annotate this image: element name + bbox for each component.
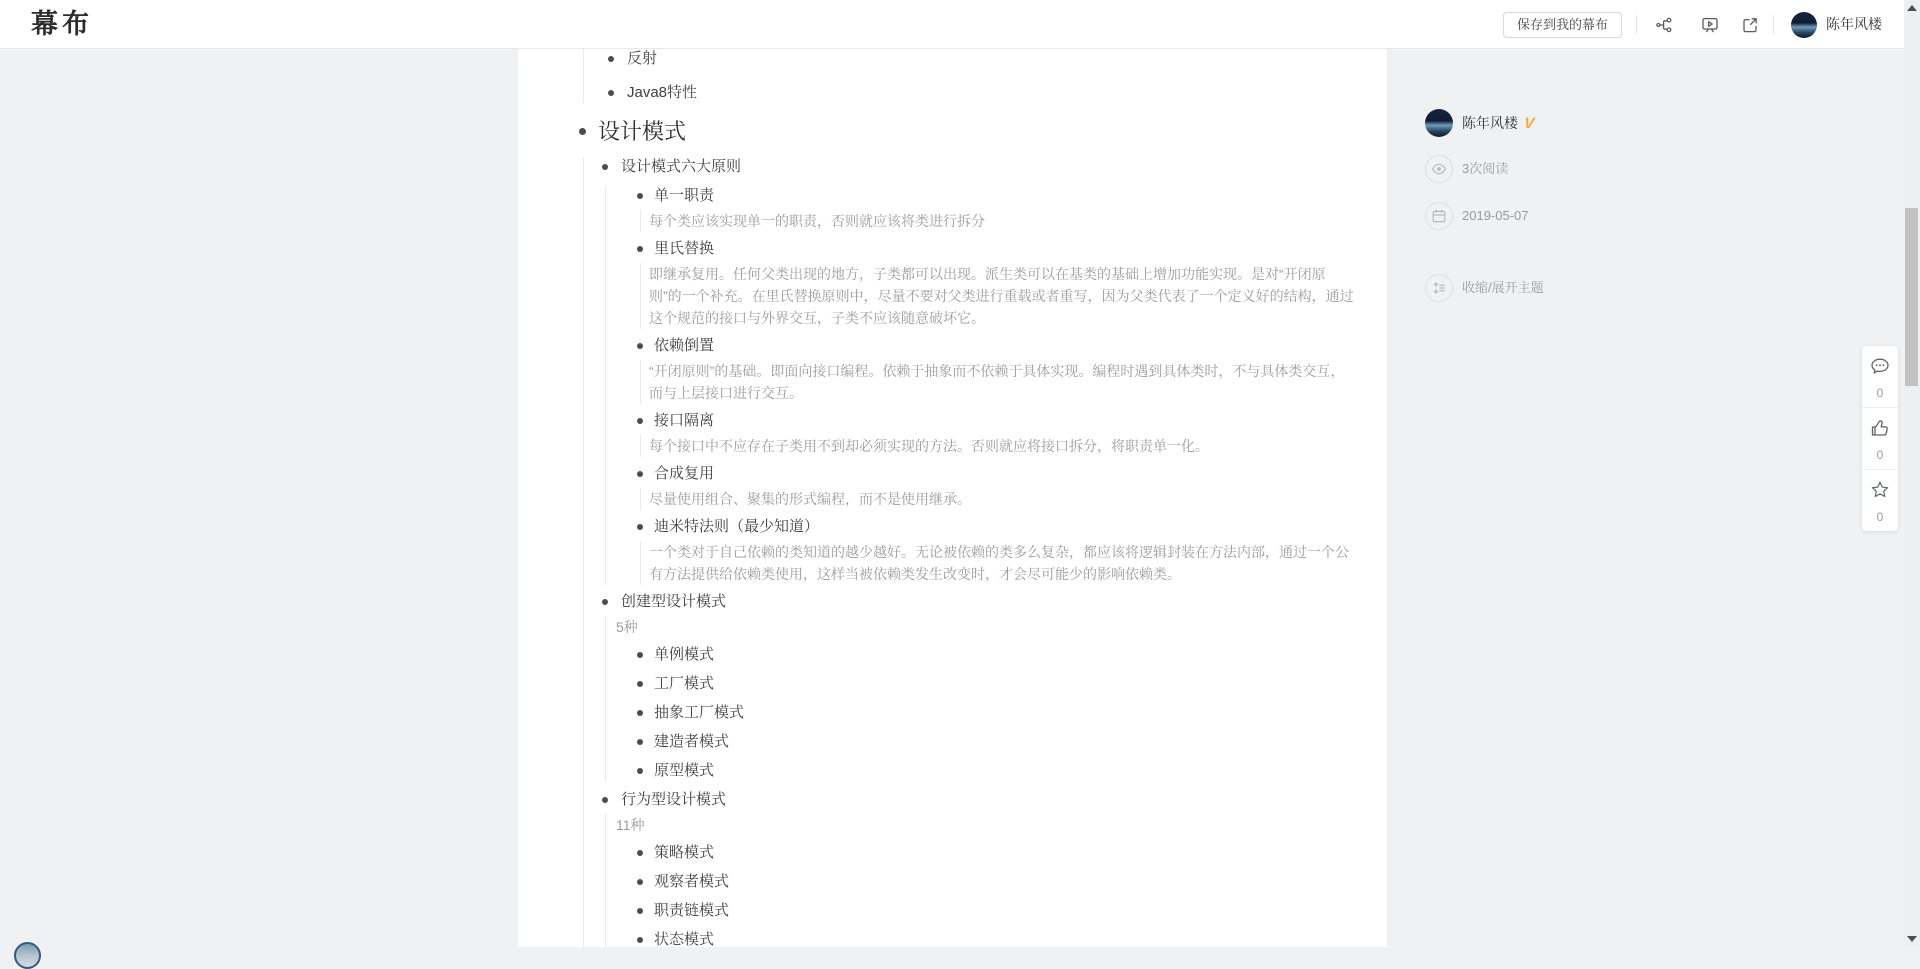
outline-subtree: 5种单例模式工厂模式抽象工厂模式建造者模式原型模式 (605, 616, 1387, 781)
outline-row: 单例模式 (606, 645, 1387, 665)
outline-item-text: 单一职责 (654, 187, 714, 204)
outline-note: 每个接口中不应存在子类用不到却必须实现的方法。否则就应将接口拆分，将职责单一化。 (641, 435, 1357, 457)
outline-bullet[interactable] (637, 739, 643, 745)
outline-item-text: 单例模式 (654, 646, 714, 663)
outline-subtree: 一个类对于自己依赖的类知道的越少越好。无论被依赖的类多么复杂，都应该将逻辑封装在… (640, 541, 1387, 585)
outline-item-text: 接口隔离 (654, 412, 714, 429)
outline: 反射Java8特性设计模式设计模式六大原则单一职责每个类应该实现单一的职责，否则… (518, 49, 1387, 947)
star-icon (1869, 479, 1891, 506)
outline-bullet[interactable] (637, 652, 643, 658)
scrollbar-thumb[interactable] (1905, 208, 1918, 386)
outline-item-text: 反射 (627, 50, 657, 67)
header-divider (1773, 15, 1774, 34)
header-user-avatar[interactable] (1791, 12, 1817, 38)
outline-item-text: 依赖倒置 (654, 337, 714, 354)
outline-row: 抽象工厂模式 (606, 703, 1387, 723)
outline-item-text: 设计模式 (598, 119, 686, 144)
outline-bullet[interactable] (637, 524, 643, 530)
outline-note: “开闭原则”的基础。即面向接口编程。依赖于抽象而不依赖于具体实现。编程时遇到具体… (641, 360, 1357, 404)
outline-row: 单一职责 (606, 186, 1387, 206)
outline-node: 抽象工厂模式 (606, 703, 1387, 723)
outline-row: 观察者模式 (606, 872, 1387, 892)
author-row: 陈年风楼V (1425, 109, 1453, 137)
outline-item-text: 观察者模式 (654, 873, 729, 890)
like-button[interactable]: 0 (1862, 407, 1898, 469)
outline-item-text: 迪米特法则（最少知道） (654, 518, 819, 535)
comment-count: 0 (1877, 386, 1884, 400)
outline-item-text: 抽象工厂模式 (654, 704, 744, 721)
outline-item-text: 原型模式 (654, 762, 714, 779)
outline-row: 接口隔离 (606, 411, 1387, 431)
outline-node: 策略模式 (606, 843, 1387, 863)
outline-subtree: 11种策略模式观察者模式职责链模式状态模式 (605, 814, 1387, 947)
favorite-button[interactable]: 0 (1862, 469, 1898, 531)
outline-node: 观察者模式 (606, 872, 1387, 892)
slideshow-icon[interactable] (1701, 16, 1719, 34)
outline-row: 设计模式 (518, 117, 1387, 147)
app-logo[interactable]: 幕布 (31, 0, 93, 49)
like-count: 0 (1877, 448, 1884, 462)
outline-note: 尽量使用组合、聚集的形式编程，而不是使用继承。 (641, 488, 1357, 510)
outline-row: 行为型设计模式 (584, 790, 1387, 810)
outline-bullet[interactable] (637, 418, 643, 424)
outline-bullet[interactable] (602, 164, 608, 170)
outline-subtree: 每个类应该实现单一的职责，否则就应该将类进行拆分 (640, 210, 1387, 232)
outline-node: 建造者模式 (606, 732, 1387, 752)
outline-subtree: 设计模式六大原则单一职责每个类应该实现单一的职责，否则就应该将类进行拆分里氏替换… (583, 157, 1387, 947)
floating-helper-button[interactable] (14, 942, 41, 947)
action-rail: 0 0 0 (1862, 346, 1898, 531)
author-name[interactable]: 陈年风楼V (1462, 109, 1534, 137)
outline-bullet[interactable] (637, 193, 643, 199)
verified-badge-icon: V (1523, 110, 1536, 138)
outline-row: 里氏替换 (606, 239, 1387, 259)
outline-row: 建造者模式 (606, 732, 1387, 752)
outline-bullet[interactable] (637, 246, 643, 252)
author-avatar[interactable] (1425, 109, 1453, 137)
outline-node: 设计模式六大原则单一职责每个类应该实现单一的职责，否则就应该将类进行拆分里氏替换… (584, 157, 1387, 585)
comment-icon (1869, 355, 1891, 382)
comment-button[interactable]: 0 (1862, 346, 1898, 407)
collapse-expand-icon (1425, 274, 1453, 302)
outline-item-text: 职责链模式 (654, 902, 729, 919)
outline-bullet[interactable] (602, 599, 608, 605)
outline-bullet[interactable] (637, 710, 643, 716)
outline-node: 单例模式 (606, 645, 1387, 665)
outline-bullet[interactable] (602, 797, 608, 803)
outline-node: 工厂模式 (606, 674, 1387, 694)
open-external-icon[interactable] (1741, 16, 1759, 34)
scroll-up-arrow-icon[interactable] (1907, 5, 1917, 11)
outline-row: 合成复用 (606, 464, 1387, 484)
outline-item-text: 行为型设计模式 (621, 791, 726, 808)
share-nodes-icon[interactable] (1655, 16, 1673, 34)
outline-item-text: 创建型设计模式 (621, 593, 726, 610)
outline-node: 单一职责每个类应该实现单一的职责，否则就应该将类进行拆分 (606, 186, 1387, 232)
outline-item-text: 里氏替换 (654, 240, 714, 257)
toggle-topics-label: 收缩/展开主题 (1462, 274, 1544, 302)
outline-row: 工厂模式 (606, 674, 1387, 694)
outline-note: 11种 (606, 814, 1357, 836)
outline-row: 职责链模式 (606, 901, 1387, 921)
outline-bullet[interactable] (579, 128, 586, 135)
outline-bullet[interactable] (637, 681, 643, 687)
outline-item-text: 建造者模式 (654, 733, 729, 750)
date-row: 2019-05-07 (1425, 202, 1453, 230)
outline-node: 迪米特法则（最少知道）一个类对于自己依赖的类知道的越少越好。无论被依赖的类多么复… (606, 517, 1387, 585)
outline-bullet[interactable] (637, 768, 643, 774)
outline-note: 一个类对于自己依赖的类知道的越少越好。无论被依赖的类多么复杂，都应该将逻辑封装在… (641, 541, 1357, 585)
read-count: 3次阅读 (1462, 155, 1508, 183)
outline-node: 职责链模式 (606, 901, 1387, 921)
outline-note: 每个类应该实现单一的职责，否则就应该将类进行拆分 (641, 210, 1357, 232)
outline-bullet[interactable] (608, 90, 614, 96)
outline-item-text: Java8特性 (627, 84, 697, 101)
outline-row: 依赖倒置 (606, 336, 1387, 356)
outline-row: 原型模式 (606, 761, 1387, 781)
author-name-text: 陈年风楼 (1462, 115, 1518, 131)
outline-node: 接口隔离每个接口中不应存在子类用不到却必须实现的方法。否则就应将接口拆分，将职责… (606, 411, 1387, 457)
outline-node: 创建型设计模式5种单例模式工厂模式抽象工厂模式建造者模式原型模式 (584, 592, 1387, 781)
publish-date: 2019-05-07 (1462, 202, 1529, 230)
outline-subtree: 单一职责每个类应该实现单一的职责，否则就应该将类进行拆分里氏替换即继承复用。任何… (605, 186, 1387, 585)
outline-subtree: 即继承复用。任何父类出现的地方，子类都可以出现。派生类可以在基类的基础上增加功能… (640, 263, 1387, 329)
outline-item-text: 状态模式 (654, 931, 714, 947)
header-user-name[interactable]: 陈年风楼 (1826, 0, 1882, 49)
vertical-scrollbar[interactable] (1904, 0, 1920, 947)
outline-node: 状态模式 (606, 930, 1387, 947)
outline-bullet[interactable] (637, 908, 643, 914)
outline-row: 状态模式 (606, 930, 1387, 947)
outline-node: 里氏替换即继承复用。任何父类出现的地方，子类都可以出现。派生类可以在基类的基础上… (606, 239, 1387, 329)
calendar-icon (1425, 202, 1453, 230)
outline-item-text: 合成复用 (654, 465, 714, 482)
outline-row: Java8特性 (584, 83, 1387, 103)
thumbs-up-icon (1869, 417, 1891, 444)
outline-node: 设计模式设计模式六大原则单一职责每个类应该实现单一的职责，否则就应该将类进行拆分… (518, 117, 1387, 947)
outline-bullet[interactable] (608, 56, 614, 62)
outline-bullet[interactable] (637, 343, 643, 349)
outline-item-text: 工厂模式 (654, 675, 714, 692)
save-to-my-mubu-button[interactable]: 保存到我的幕布 (1503, 12, 1622, 38)
scroll-down-arrow-icon[interactable] (1907, 936, 1917, 942)
outline-node: 合成复用尽量使用组合、聚集的形式编程，而不是使用继承。 (606, 464, 1387, 510)
outline-row: 反射 (584, 49, 1387, 69)
outline-item-text: 策略模式 (654, 844, 714, 861)
eye-icon (1425, 155, 1453, 183)
header-divider (1636, 15, 1637, 34)
outline-node: 依赖倒置“开闭原则”的基础。即面向接口编程。依赖于抽象而不依赖于具体实现。编程时… (606, 336, 1387, 404)
read-count-row: 3次阅读 (1425, 155, 1453, 183)
document-panel: 反射Java8特性设计模式设计模式六大原则单一职责每个类应该实现单一的职责，否则… (518, 49, 1387, 947)
outline-bullet[interactable] (637, 879, 643, 885)
outline-row: 设计模式六大原则 (584, 157, 1387, 177)
outline-node: 原型模式 (606, 761, 1387, 781)
outline-row: 迪米特法则（最少知道） (606, 517, 1387, 537)
outline-row: 创建型设计模式 (584, 592, 1387, 612)
outline-bullet[interactable] (637, 850, 643, 856)
star-count: 0 (1877, 510, 1884, 524)
outline-bullet[interactable] (637, 471, 643, 477)
outline-row: 策略模式 (606, 843, 1387, 863)
toggle-topics-row[interactable]: 收缩/展开主题 (1425, 274, 1453, 302)
outline-subtree: 每个接口中不应存在子类用不到却必须实现的方法。否则就应将接口拆分，将职责单一化。 (640, 435, 1387, 457)
outline-subtree: 尽量使用组合、聚集的形式编程，而不是使用继承。 (640, 488, 1387, 510)
outline-note: 即继承复用。任何父类出现的地方，子类都可以出现。派生类可以在基类的基础上增加功能… (641, 263, 1357, 329)
outline-item-text: 设计模式六大原则 (621, 158, 741, 175)
top-header: 幕布 保存到我的幕布 陈年风楼 (0, 0, 1920, 49)
outline-bullet[interactable] (637, 937, 643, 943)
outline-subtree: “开闭原则”的基础。即面向接口编程。依赖于抽象而不依赖于具体实现。编程时遇到具体… (640, 360, 1387, 404)
outline-node: 行为型设计模式11种策略模式观察者模式职责链模式状态模式 (584, 790, 1387, 947)
outline-subtree: 反射Java8特性 (583, 49, 1387, 103)
outline-note: 5种 (606, 616, 1357, 638)
